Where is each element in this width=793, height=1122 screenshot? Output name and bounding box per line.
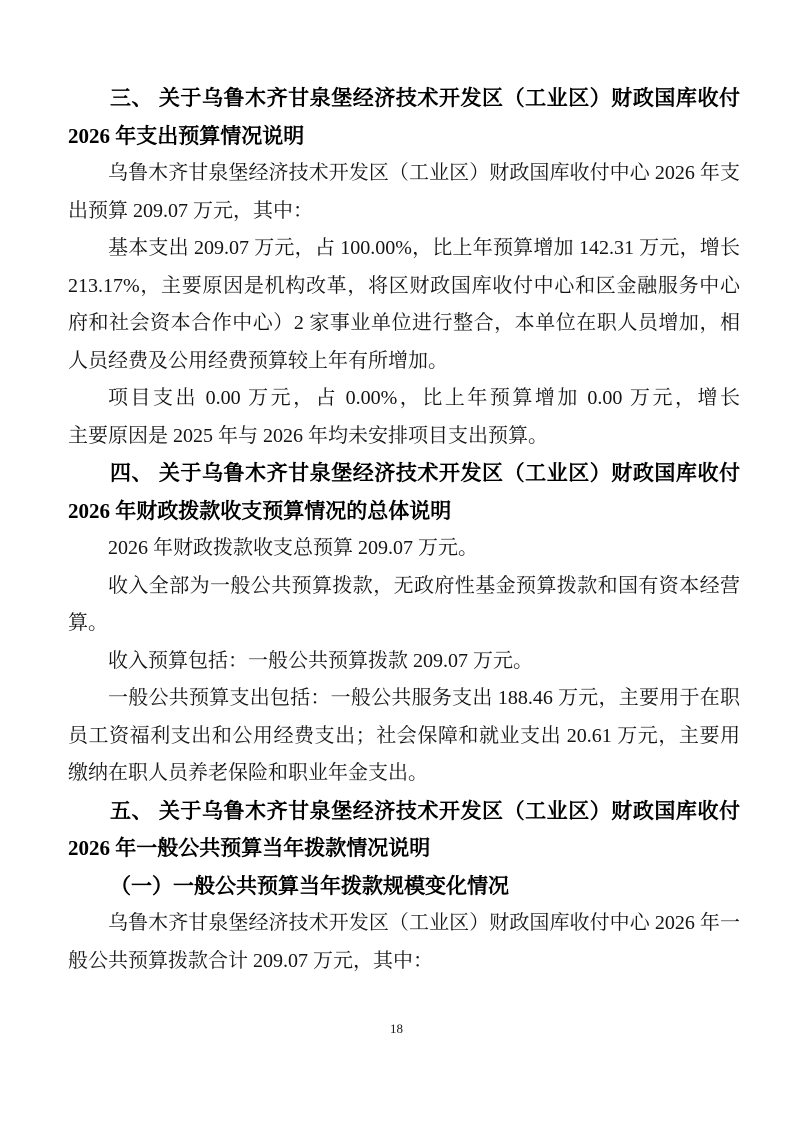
text-line: 出预算 209.07 万元，其中： <box>68 193 740 231</box>
section-heading: 三、 关于乌鲁木齐甘泉堡经济技术开发区（工业区）财政国库收付中心2026 年支出… <box>68 80 740 155</box>
text-line: 收入全部为一般公共预算拨款，无政府性基金预算拨款和国有资本经营预 <box>68 568 740 606</box>
text-line: 人员经费及公用经费预算较上年有所增加。 <box>68 343 740 381</box>
text-line: 乌鲁木齐甘泉堡经济技术开发区（工业区）财政国库收付中心 2026 年支 <box>68 155 740 193</box>
paragraph: 收入预算包括：一般公共预算拨款 209.07 万元。 <box>68 643 740 681</box>
section-heading: 四、 关于乌鲁木齐甘泉堡经济技术开发区（工业区）财政国库收付中心2026 年财政… <box>68 455 740 530</box>
text-line: 乌鲁木齐甘泉堡经济技术开发区（工业区）财政国库收付中心 2026 年一 <box>68 905 740 943</box>
text-line: 2026 年支出预算情况说明 <box>68 118 740 156</box>
section-heading: （一）一般公共预算当年拨款规模变化情况 <box>68 868 740 906</box>
document-page: 三、 关于乌鲁木齐甘泉堡经济技术开发区（工业区）财政国库收付中心2026 年支出… <box>0 0 793 1122</box>
text-line: 员工资福利支出和公用经费支出；社会保障和就业支出 20.61 万元，主要用于 <box>68 718 740 756</box>
paragraph: 乌鲁木齐甘泉堡经济技术开发区（工业区）财政国库收付中心 2026 年一般公共预算… <box>68 905 740 980</box>
paragraph: 收入全部为一般公共预算拨款，无政府性基金预算拨款和国有资本经营预算。 <box>68 568 740 643</box>
text-line: 收入预算包括：一般公共预算拨款 209.07 万元。 <box>68 643 740 681</box>
text-line: （一）一般公共预算当年拨款规模变化情况 <box>68 868 740 906</box>
paragraph: 项目支出 0.00 万元，占 0.00%，比上年预算增加 0.00 万元，增长 … <box>68 380 740 455</box>
text-line: 府和社会资本合作中心）2 家事业单位进行整合，本单位在职人员增加，相关 <box>68 305 740 343</box>
paragraph: 一般公共预算支出包括：一般公共服务支出 188.46 万元，主要用于在职人员工资… <box>68 680 740 793</box>
text-line: 基本支出 209.07 万元，占 100.00%，比上年预算增加 142.31 … <box>68 230 740 268</box>
paragraph: 2026 年财政拨款收支总预算 209.07 万元。 <box>68 530 740 568</box>
text-line: 213.17%，主要原因是机构改革，将区财政国库收付中心和区金融服务中心（政 <box>68 268 740 306</box>
text-line: 2026 年财政拨款收支预算情况的总体说明 <box>68 493 740 531</box>
text-line: 三、 关于乌鲁木齐甘泉堡经济技术开发区（工业区）财政国库收付中心 <box>68 80 740 118</box>
text-line: 项目支出 0.00 万元，占 0.00%，比上年预算增加 0.00 万元，增长 … <box>68 380 740 418</box>
text-line: 算。 <box>68 605 740 643</box>
document-content: 三、 关于乌鲁木齐甘泉堡经济技术开发区（工业区）财政国库收付中心2026 年支出… <box>68 80 740 980</box>
text-line: 2026 年一般公共预算当年拨款情况说明 <box>68 830 740 868</box>
page-number: 18 <box>0 1020 793 1038</box>
section-heading: 五、 关于乌鲁木齐甘泉堡经济技术开发区（工业区）财政国库收付中心2026 年一般… <box>68 793 740 868</box>
text-line: 2026 年财政拨款收支总预算 209.07 万元。 <box>68 530 740 568</box>
text-line: 五、 关于乌鲁木齐甘泉堡经济技术开发区（工业区）财政国库收付中心 <box>68 793 740 831</box>
text-line: 般公共预算拨款合计 209.07 万元，其中： <box>68 943 740 981</box>
text-line: 缴纳在职人员养老保险和职业年金支出。 <box>68 755 740 793</box>
text-line: 四、 关于乌鲁木齐甘泉堡经济技术开发区（工业区）财政国库收付中心 <box>68 455 740 493</box>
text-line: 主要原因是 2025 年与 2026 年均未安排项目支出预算。 <box>68 418 740 456</box>
paragraph: 基本支出 209.07 万元，占 100.00%，比上年预算增加 142.31 … <box>68 230 740 380</box>
paragraph: 乌鲁木齐甘泉堡经济技术开发区（工业区）财政国库收付中心 2026 年支出预算 2… <box>68 155 740 230</box>
text-line: 一般公共预算支出包括：一般公共服务支出 188.46 万元，主要用于在职人 <box>68 680 740 718</box>
